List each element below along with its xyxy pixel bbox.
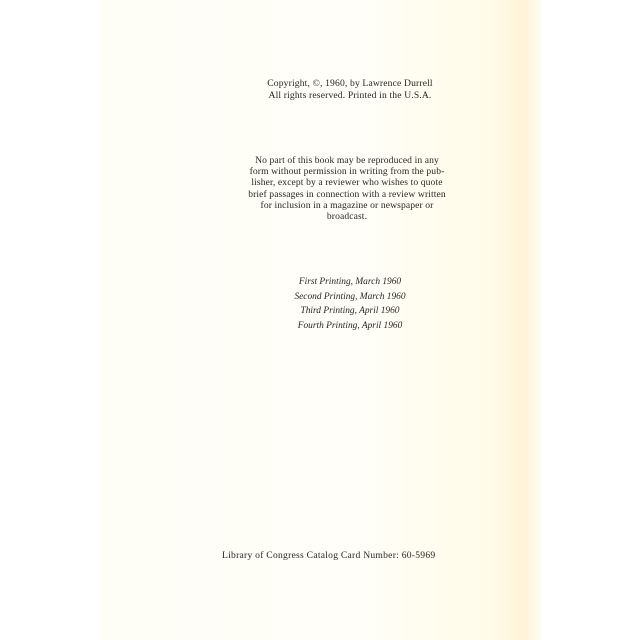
copyright-line: Copyright, ©, 1960, by Lawrence Durrell [250,78,450,90]
notice-line: form without permission in writing from … [234,166,460,177]
notice-line: brief passages in connection with a revi… [234,189,460,200]
notice-line: broadcast. [234,211,460,222]
printing-entry: Third Printing, April 1960 [260,304,440,319]
printing-entry: First Printing, March 1960 [260,275,440,290]
book-page: Copyright, ©, 1960, by Lawrence Durrell … [100,0,542,640]
catalog-card-number: Library of Congress Catalog Card Number:… [222,550,462,562]
notice-line: for inclusion in a magazine or newspaper… [234,200,460,211]
notice-line: No part of this book may be reproduced i… [234,155,460,166]
copyright-notice: Copyright, ©, 1960, by Lawrence Durrell … [250,78,450,102]
printing-entry: Fourth Printing, April 1960 [260,319,440,334]
notice-line: lisher, except by a reviewer who wishes … [234,177,460,188]
printing-entry: Second Printing, March 1960 [260,290,440,305]
printing-history: First Printing, March 1960 Second Printi… [260,275,440,333]
rights-reserved-line: All rights reserved. Printed in the U.S.… [250,90,450,102]
reproduction-notice: No part of this book may be reproduced i… [234,155,460,222]
